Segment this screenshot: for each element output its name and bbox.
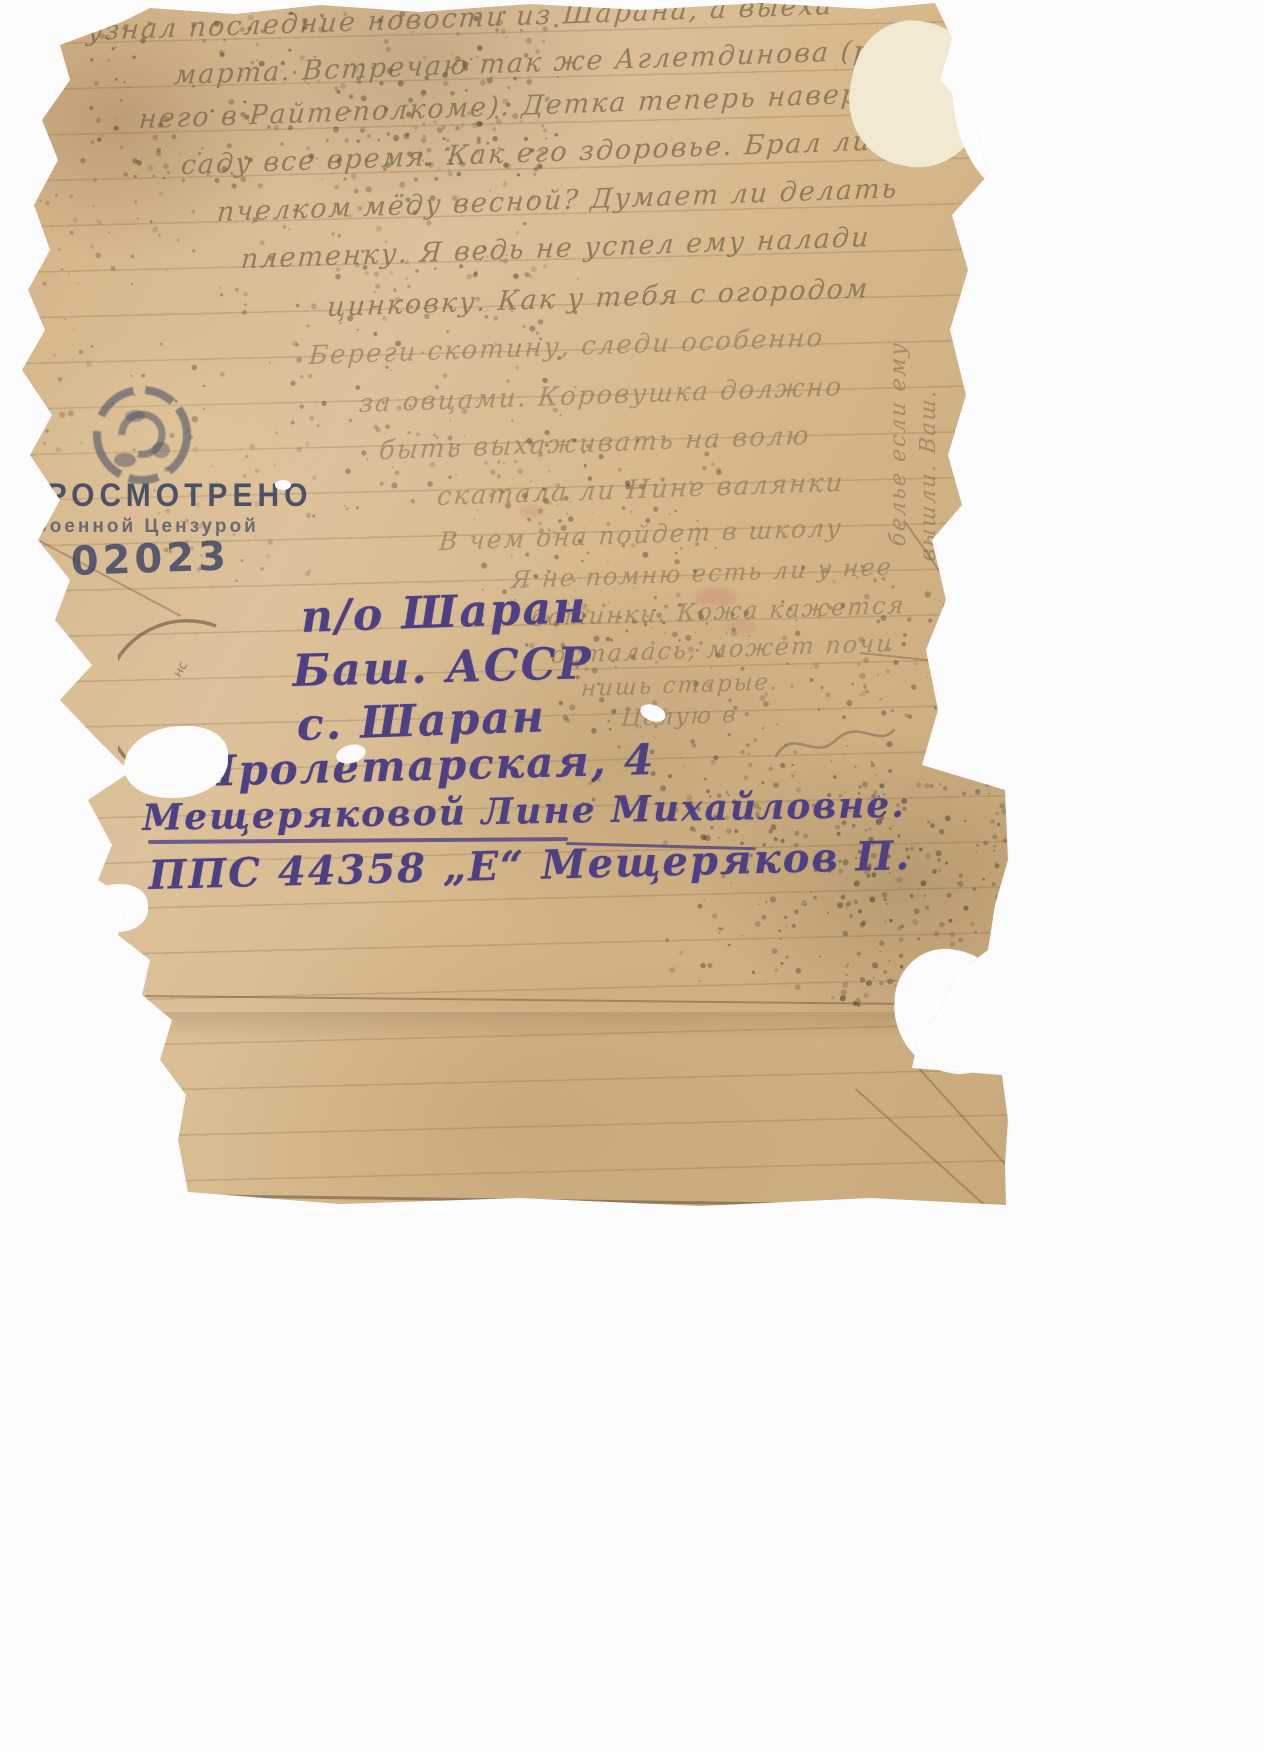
margin-note-vertical: вышли. Ваш. [916, 387, 941, 562]
censor-stamp-viewed: ПРОСМОТРЕНО [20, 478, 312, 515]
signature-squiggle-icon [770, 718, 900, 773]
letter-paper: узнал последние новости из Шарана, а вые… [0, 0, 1020, 1215]
pink-smudge [695, 588, 737, 606]
edge-tear [86, 884, 148, 932]
address-line-post-office: п/о Шаран [300, 582, 588, 643]
letter-line: Целую в [620, 702, 738, 732]
paper-hole [275, 480, 291, 490]
scanned-letter: узнал последние новости из Шарана, а вые… [0, 0, 1264, 1752]
stamp-emblem-icon [85, 378, 200, 493]
svg-text:нс: нс [170, 659, 191, 680]
pink-smudge [726, 620, 756, 634]
censor-stamp-number: 02023 [70, 533, 231, 585]
fold-band [130, 1012, 1010, 1040]
pink-smudge [520, 505, 544, 517]
address-line-republic: Баш. АССР [292, 638, 593, 697]
margin-note-vertical: белье если ему [886, 340, 911, 548]
